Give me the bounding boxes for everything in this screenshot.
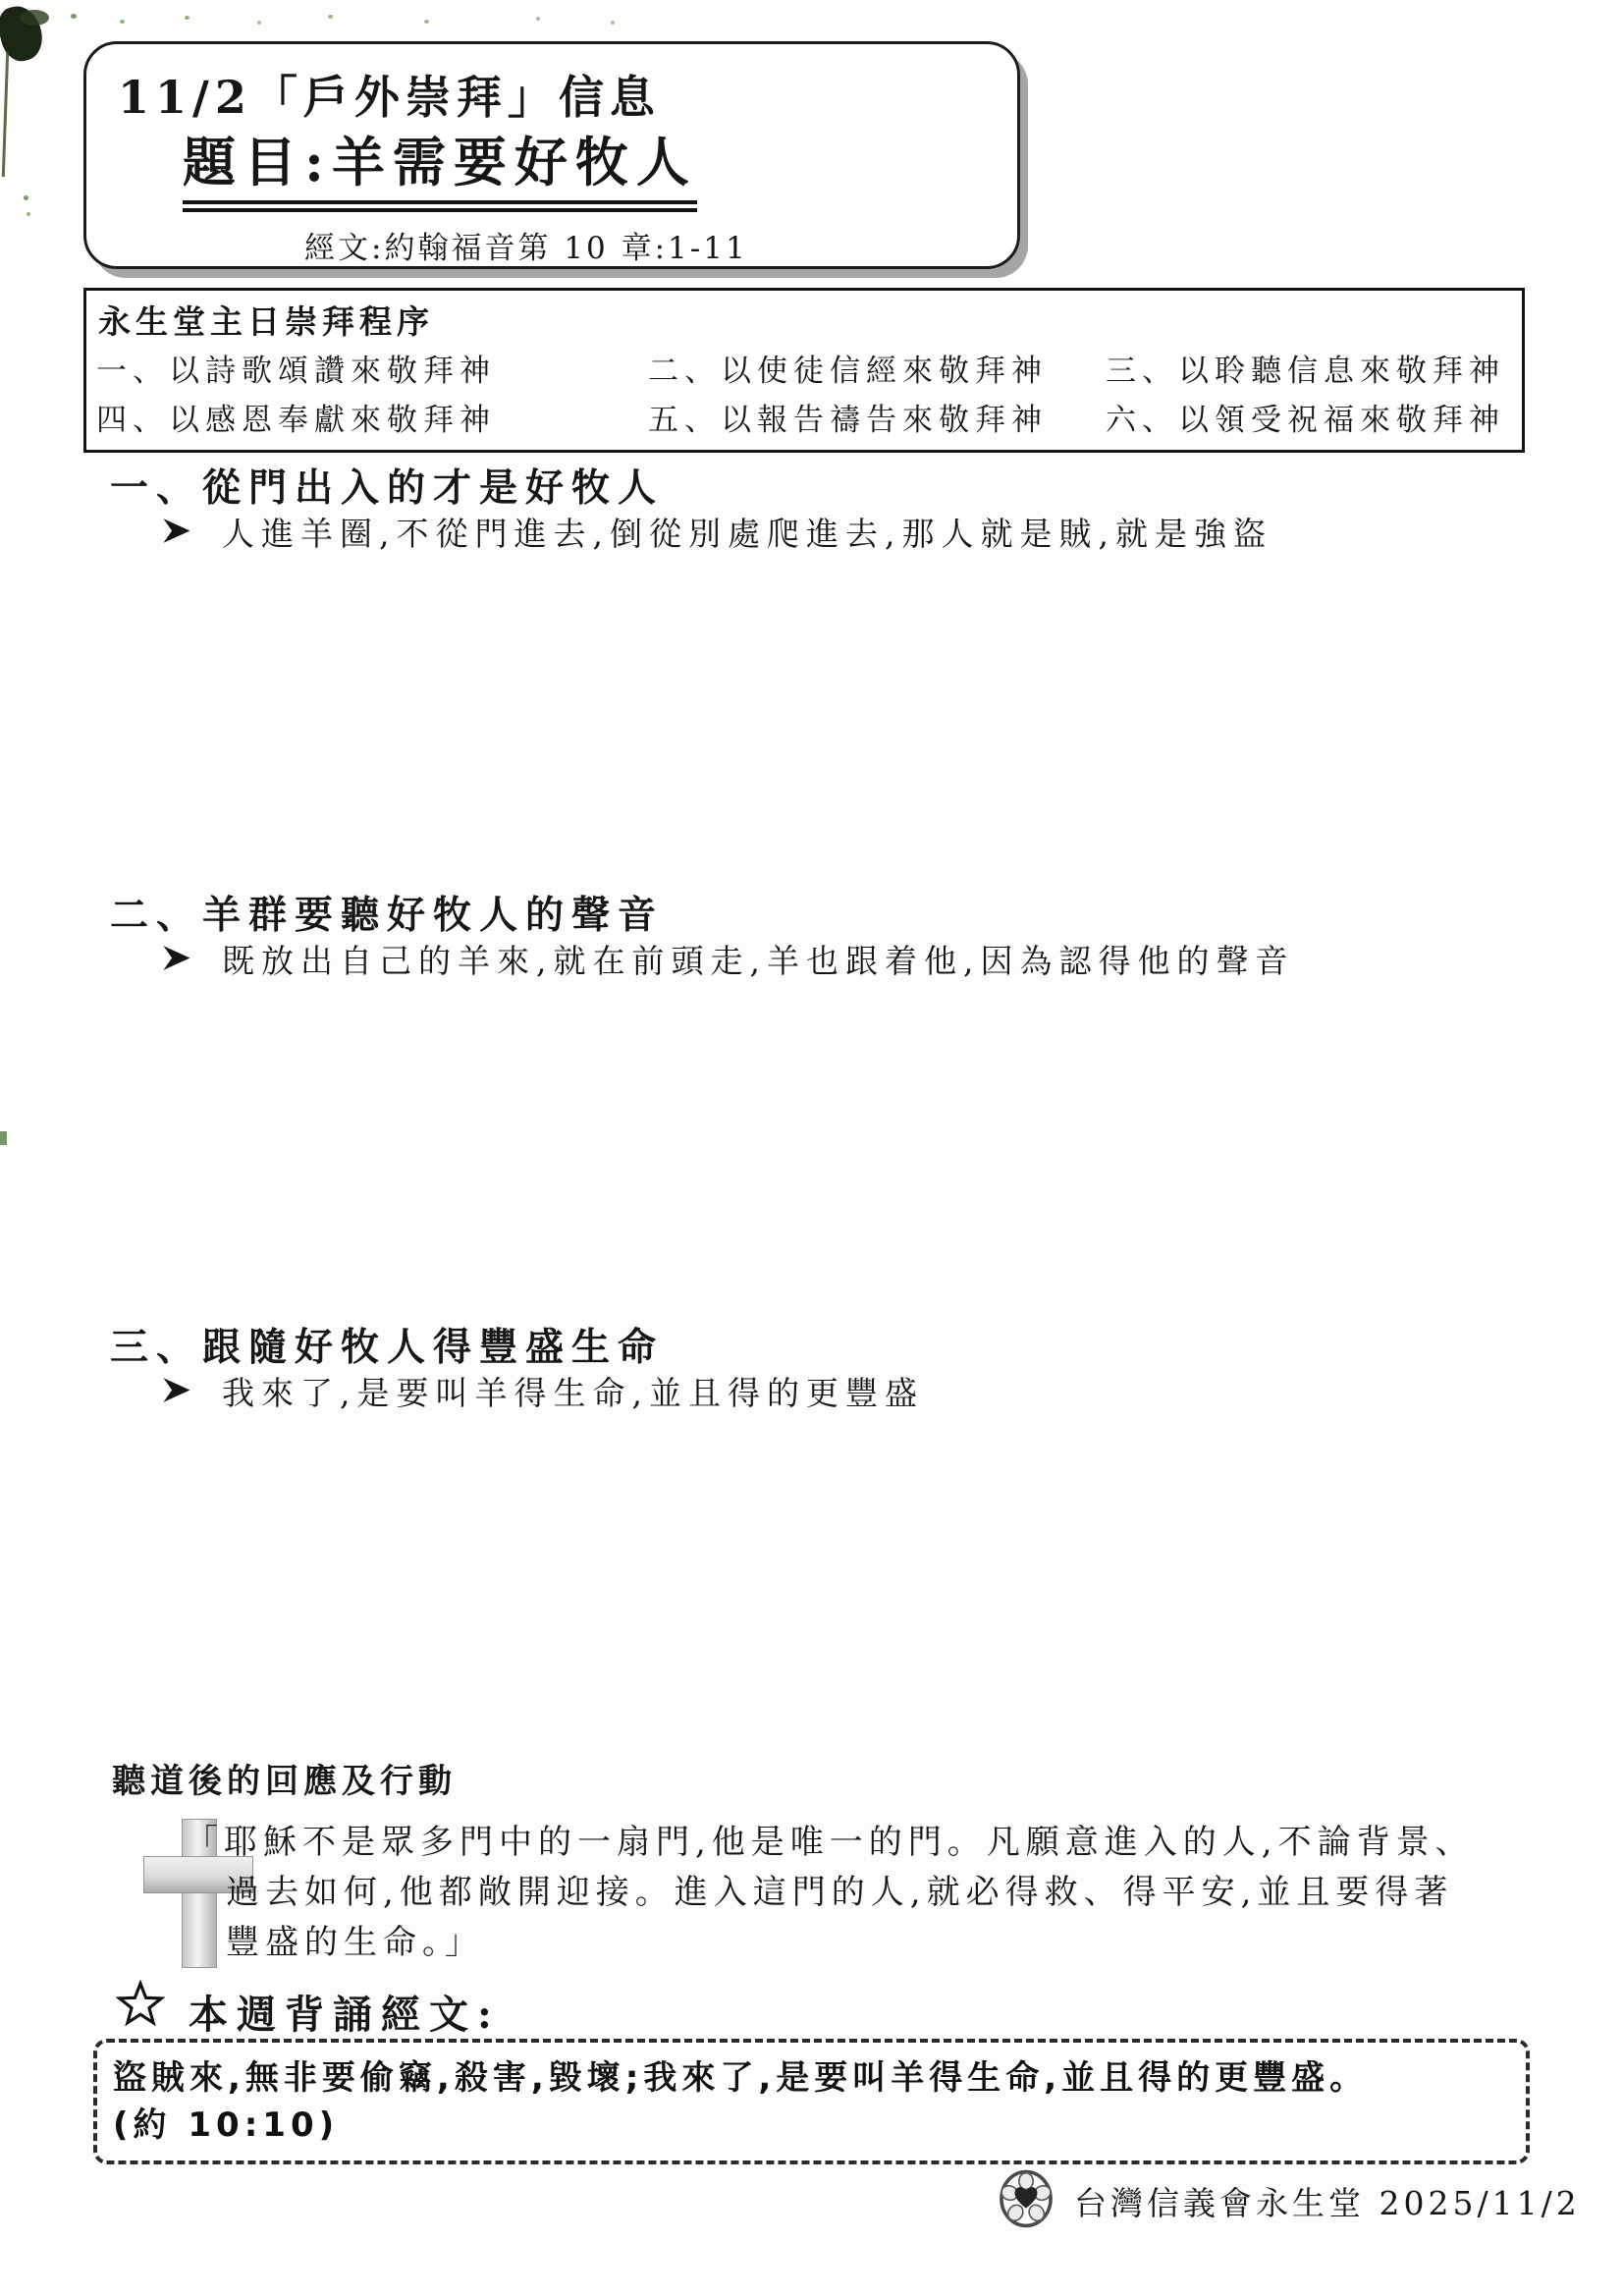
sermon-title: 題目:羊需要好牧人 [183, 121, 697, 212]
footer-text: 台灣信義會永生堂 2025/11/2 [1074, 2178, 1581, 2224]
section-heading: 三、跟隨好牧人得豐盛生命 [110, 1317, 664, 1372]
scripture-reference: 經文:約翰福音第 10 章:1-11 [304, 223, 748, 267]
memory-verse-line: (約 10:10) [113, 2098, 339, 2146]
memory-verse-line: 盜賊來,無非要偷竊,殺害,毀壞;我來了,是要叫羊得生命,並且得的更豐盛。 [113, 2050, 1368, 2099]
scan-artifact-dot [611, 21, 615, 25]
scan-artifact-smudge [0, 2, 47, 65]
star-icon [116, 1980, 165, 2029]
scanned-bulletin-page: 11/2「戶外崇拜」信息 題目:羊需要好牧人 經文:約翰福音第 10 章:1-1… [0, 0, 1623, 2296]
quote-line: 「耶穌不是眾多門中的一扇門,他是唯一的門。凡願意進入的人,不論背景、 [185, 1815, 1475, 1863]
response-heading: 聽道後的回應及行動 [112, 1754, 457, 1802]
memory-verse-box: 盜賊來,無非要偷竊,殺害,毀壞;我來了,是要叫羊得生命,並且得的更豐盛。 (約 … [93, 2039, 1530, 2164]
scan-artifact-mark [0, 1131, 7, 1145]
scan-artifact-streak [2, 51, 9, 177]
worship-order-item: 四、以感恩奉獻來敬拜神 [96, 395, 496, 439]
quote-line: 過去如何,他都敞開迎接。進入這門的人,就必得救、得平安,並且要得著 [226, 1865, 1453, 1913]
arrowhead-icon [161, 518, 192, 544]
arrowhead-icon [161, 1377, 192, 1403]
section-heading: 二、羊群要聽好牧人的聲音 [110, 885, 664, 940]
bullet-text: 我來了,是要叫羊得生命,並且得的更豐盛 [222, 1368, 924, 1414]
worship-order-item: 五、以報告禱告來敬拜神 [648, 395, 1048, 439]
scan-artifact-dot [424, 20, 429, 24]
scan-artifact-dot [27, 212, 30, 216]
event-title: 11/2「戶外崇拜」信息 [118, 62, 661, 127]
memory-verse-heading: 本週背誦經文: [189, 1984, 501, 2040]
arrowhead-icon [161, 945, 192, 971]
footer-church-name: 台灣信義會永生堂 [1074, 2184, 1365, 2222]
footer-date: 2025/11/2 [1380, 2184, 1581, 2222]
worship-order-item: 二、以使徒信經來敬拜神 [648, 346, 1048, 390]
bullet-text: 既放出自己的羊來,就在前頭走,羊也跟着他,因為認得他的聲音 [222, 936, 1294, 982]
scan-artifact-smudge [20, 10, 49, 26]
worship-order-item: 三、以聆聽信息來敬拜神 [1106, 346, 1505, 390]
worship-order-box: 永生堂主日崇拜程序 一、以詩歌頌讚來敬拜神 二、以使徒信經來敬拜神 三、以聆聽信… [83, 288, 1525, 453]
scan-artifact-dot [24, 195, 28, 200]
scan-artifact-dot [71, 14, 77, 19]
worship-order-item: 一、以詩歌頌讚來敬拜神 [96, 346, 496, 390]
worship-order-header: 永生堂主日崇拜程序 [98, 297, 434, 343]
worship-order-item: 六、以領受祝福來敬拜神 [1106, 395, 1505, 439]
title-box: 11/2「戶外崇拜」信息 題目:羊需要好牧人 經文:約翰福音第 10 章:1-1… [83, 41, 1020, 269]
section-heading: 一、從門出入的才是好牧人 [110, 458, 664, 513]
bullet-text: 人進羊圈,不從門進去,倒從別處爬進去,那人就是賊,就是強盜 [222, 509, 1272, 555]
scan-artifact-dot [185, 16, 189, 20]
scan-artifact-dot [536, 17, 540, 21]
scan-artifact-dot [120, 20, 125, 24]
quote-line: 豐盛的生命。」 [226, 1915, 484, 1963]
church-logo-icon [998, 2168, 1055, 2229]
scan-artifact-dot [257, 21, 261, 25]
scan-artifact-dot [328, 15, 333, 19]
